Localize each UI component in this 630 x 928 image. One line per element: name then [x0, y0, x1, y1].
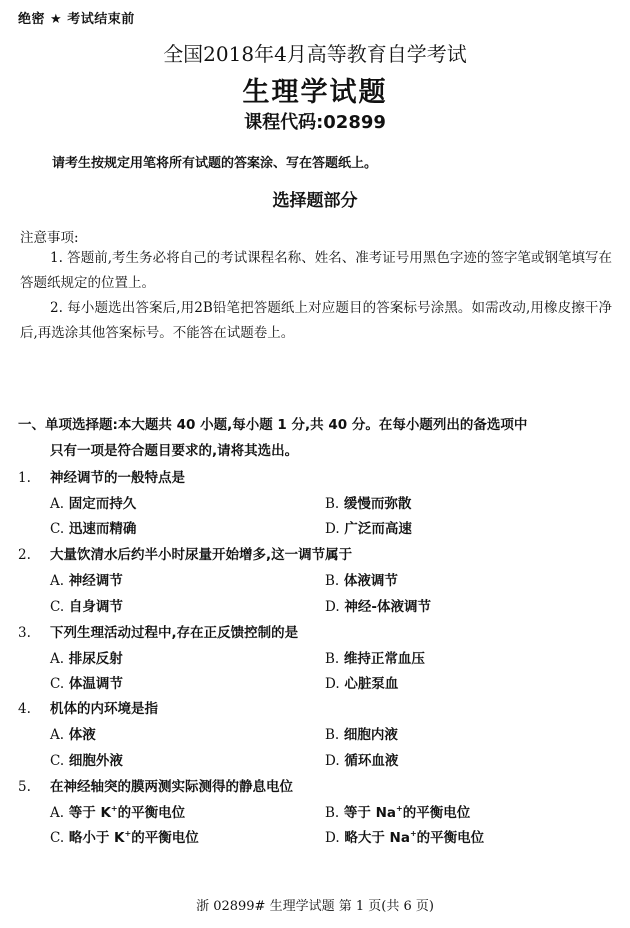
- question-3-option-c: C. 体温调节: [50, 672, 123, 692]
- note-item: 2. 每小题选出答案后,用2B铅笔把答题纸上对应题目的答案标号涂黑。如需改动,用…: [20, 296, 612, 346]
- confidential-mark: 绝密 ★ 考试结束前: [18, 8, 135, 27]
- question-4-option-d: D. 循环血液: [325, 749, 398, 769]
- question-3-option-a: A. 排尿反射: [50, 647, 123, 667]
- question-5-option-b: B. 等于 Na+的平衡电位: [325, 801, 470, 821]
- notes-heading: 注意事项:: [20, 226, 79, 246]
- question-3-stem: 3.下列生理活动过程中,存在正反馈控制的是: [18, 621, 298, 641]
- course-code: 课程代码:02899: [0, 108, 630, 134]
- question-5-option-d: D. 略大于 Na+的平衡电位: [325, 826, 484, 846]
- section-heading: 一、单项选择题:本大题共 40 小题,每小题 1 分,共 40 分。在每小题列出…: [18, 412, 618, 464]
- question-5-option-a: A. 等于 K+的平衡电位: [50, 801, 185, 821]
- question-1-option-d: D. 广泛而高速: [325, 517, 412, 537]
- question-4-option-a: A. 体液: [50, 723, 96, 743]
- note-item: 1. 答题前,考生务必将自己的考试课程名称、姓名、准考证号用黑色字迹的签字笔或钢…: [20, 246, 612, 296]
- answer-instruction: 请考生按规定用笔将所有试题的答案涂、写在答题纸上。: [52, 152, 377, 171]
- question-4-option-c: C. 细胞外液: [50, 749, 123, 769]
- question-5-stem: 5.在神经轴突的膜两测实际测得的静息电位: [18, 775, 293, 795]
- part-title: 选择题部分: [0, 186, 630, 211]
- question-4-option-b: B. 细胞内液: [325, 723, 398, 743]
- section-heading-line1: 一、单项选择题:本大题共 40 小题,每小题 1 分,共 40 分。在每小题列出…: [18, 417, 527, 433]
- question-3-option-d: D. 心脏泵血: [325, 672, 398, 692]
- question-2-option-d: D. 神经-体液调节: [325, 595, 431, 615]
- question-1-option-c: C. 迅速而精确: [50, 517, 136, 537]
- question-2-stem: 2.大量饮清水后约半小时尿量开始增多,这一调节属于: [18, 543, 352, 563]
- question-4-stem: 4.机体的内环境是指: [18, 697, 158, 717]
- exam-title: 全国2018年4月高等教育自学考试: [0, 38, 630, 67]
- question-1-option-a: A. 固定而持久: [50, 492, 136, 512]
- question-1-option-b: B. 缓慢而弥散: [325, 492, 411, 512]
- page-footer: 浙 02899# 生理学试题 第 1 页(共 6 页): [0, 895, 630, 914]
- question-2-option-a: A. 神经调节: [50, 569, 123, 589]
- question-2-option-b: B. 体液调节: [325, 569, 398, 589]
- section-heading-line2: 只有一项是符合题目要求的,请将其选出。: [18, 438, 618, 464]
- question-3-option-b: B. 维持正常血压: [325, 647, 425, 667]
- subject-title: 生理学试题: [0, 70, 630, 109]
- question-1-stem: 1.神经调节的一般特点是: [18, 466, 185, 486]
- question-2-option-c: C. 自身调节: [50, 595, 123, 615]
- question-5-option-c: C. 略小于 K+的平衡电位: [50, 826, 199, 846]
